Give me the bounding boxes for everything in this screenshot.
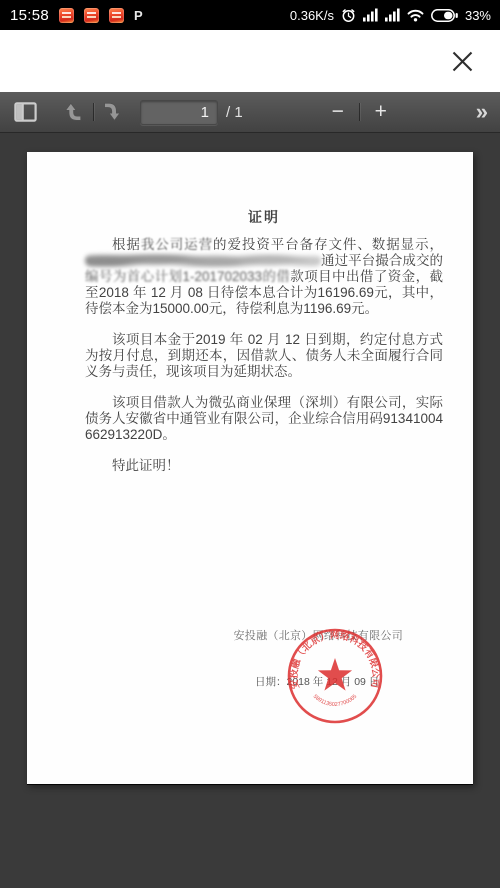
arrow-up-icon — [63, 102, 85, 122]
status-bar: 15:58 P 0.36K/s — [0, 0, 500, 30]
company-seal: 安投融（北京）网络科技有限公司 5891135027700065 — [285, 626, 385, 726]
arrow-down-icon — [102, 102, 124, 122]
battery-icon — [431, 9, 458, 22]
red-app-notification-icon — [109, 8, 124, 23]
next-page-button[interactable] — [102, 96, 124, 128]
paragraph-2: 该项目本金于2019 年 02 月 12 日到期，约定付息方式为按月付息，到期还… — [85, 332, 443, 380]
p1-text: 的爱投资平台备存文件、数据显示， — [213, 237, 443, 252]
p1-text: 根据 — [112, 237, 141, 252]
pdf-viewer-area[interactable]: 证明 根据我公司运营的爱投资平台备存文件、数据显示，通过平台撮合成交的编号为首心… — [0, 133, 500, 888]
red-app-notification-icon — [59, 8, 74, 23]
secondary-toolbar-button[interactable]: » — [476, 96, 486, 128]
pdf-toolbar: / 1 − + » — [0, 92, 500, 133]
battery-percent: 33% — [465, 8, 491, 23]
close-button[interactable] — [447, 46, 478, 77]
sidebar-toggle-icon — [14, 102, 37, 122]
signal-sim1-icon — [363, 8, 378, 22]
redacted-text-blur — [85, 254, 321, 267]
wifi-icon — [407, 9, 424, 22]
document-body: 证明 根据我公司运营的爱投资平台备存文件、数据显示，通过平台撮合成交的编号为首心… — [27, 152, 473, 474]
close-icon — [451, 50, 474, 73]
p-app-notification-icon: P — [134, 8, 143, 23]
zoom-out-button[interactable]: − — [325, 96, 351, 128]
toolbar-separator — [93, 103, 94, 121]
toolbar-separator — [359, 103, 360, 121]
zoom-in-button[interactable]: + — [368, 96, 394, 128]
phone-screen: 15:58 P 0.36K/s — [0, 0, 500, 888]
svg-text:5891135027700065: 5891135027700065 — [312, 694, 358, 708]
seal-code: 5891135027700065 — [312, 694, 358, 708]
paragraph-3: 该项目借款人为微弘商业保理（深圳）有限公司，实际债务人安徽省中通管业有限公司，企… — [85, 395, 443, 443]
status-bar-right: 0.36K/s — [290, 8, 500, 23]
status-bar-left: 15:58 P — [0, 7, 143, 24]
red-app-notification-icon — [84, 8, 99, 23]
closing-line: 特此证明！ — [85, 458, 443, 474]
p1-smudged-project-id: 编号为首心计划1-201702033的借 — [85, 269, 290, 284]
previous-page-button[interactable] — [63, 96, 85, 128]
p1-text: 通过平台撮合成交的 — [321, 253, 443, 268]
clock-time: 15:58 — [10, 7, 49, 24]
viewer-header — [0, 30, 500, 92]
seal-star-icon — [318, 658, 352, 691]
signal-sim2-icon — [385, 8, 400, 22]
page-count-label: / 1 — [226, 104, 243, 121]
page-number-input[interactable] — [140, 100, 218, 125]
document-title: 证明 — [85, 209, 443, 225]
sidebar-toggle-button[interactable] — [14, 96, 37, 128]
network-speed: 0.36K/s — [290, 8, 334, 23]
pdf-page: 证明 根据我公司运营的爱投资平台备存文件、数据显示，通过平台撮合成交的编号为首心… — [27, 152, 473, 784]
paragraph-1: 根据我公司运营的爱投资平台备存文件、数据显示，通过平台撮合成交的编号为首心计划1… — [85, 237, 443, 317]
alarm-icon — [341, 8, 356, 23]
p1-smudged-text: 我公司运营 — [141, 237, 213, 252]
